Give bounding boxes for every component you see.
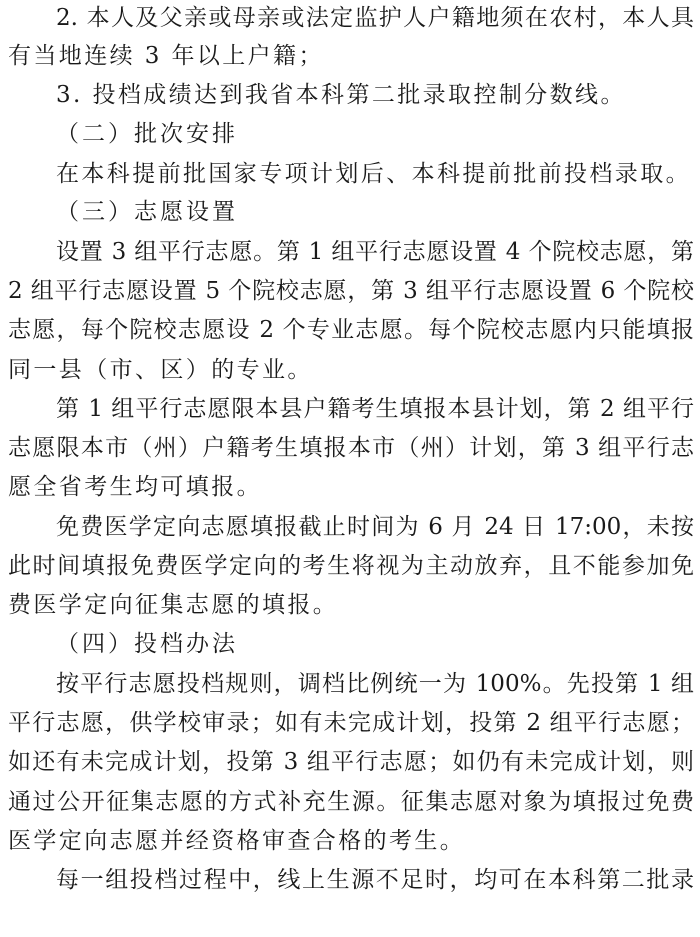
- text-line: 费医学定向征集志愿的填报。: [8, 589, 338, 621]
- text-line: 设置 3 组平行志愿。第 1 组平行志愿设置 4 个院校志愿，第: [56, 236, 694, 268]
- text-line: 2 组平行志愿设置 5 个院校志愿，第 3 组平行志愿设置 6 个院校: [8, 275, 694, 307]
- text-line: 志愿限本市（州）户籍考生填报本市（州）计划，第 3 组平行志: [8, 432, 694, 464]
- text-line: 每一组投档过程中，线上生源不足时，均可在本科第二批录: [56, 864, 694, 896]
- section-heading: （三）志愿设置: [56, 196, 238, 228]
- text-line: 通过公开征集志愿的方式补充生源。征集志愿对象为填报过免费: [8, 786, 694, 818]
- text-line: 2. 本人及父亲或母亲或法定监护人户籍地须在农村，本人具: [56, 2, 694, 34]
- text-line: 同一县（市、区）的专业。: [8, 354, 313, 386]
- section-heading: （四）投档办法: [56, 628, 238, 660]
- text-line: 按平行志愿投档规则，调档比例统一为 100%。先投第 1 组: [56, 668, 694, 700]
- text-line: 免费医学定向志愿填报截止时间为 6 月 24 日 17:00，未按: [56, 511, 694, 543]
- text-line: 医学定向志愿并经资格审查合格的考生。: [8, 825, 465, 857]
- text-line: 如还有未完成计划，投第 3 组平行志愿；如仍有未完成计划，则: [8, 746, 694, 778]
- text-line: 有当地连续 3 年以上户籍；: [8, 40, 324, 72]
- text-line: 此时间填报免费医学定向的考生将视为主动放弃，且不能参加免: [8, 550, 694, 582]
- text-line: 志愿，每个院校志愿设 2 个专业志愿。每个院校志愿内只能填报: [8, 314, 694, 346]
- text-line: 3. 投档成绩达到我省本科第二批录取控制分数线。: [56, 79, 626, 111]
- text-line: 平行志愿，供学校审录；如有未完成计划，投第 2 组平行志愿；: [8, 707, 694, 739]
- text-line: 在本科提前批国家专项计划后、本科提前批前投档录取。: [56, 158, 691, 190]
- text-line: 愿全省考生均可填报。: [8, 471, 262, 503]
- text-line: 第 1 组平行志愿限本县户籍考生填报本县计划，第 2 组平行: [56, 393, 694, 425]
- section-heading: （二）批次安排: [56, 118, 238, 150]
